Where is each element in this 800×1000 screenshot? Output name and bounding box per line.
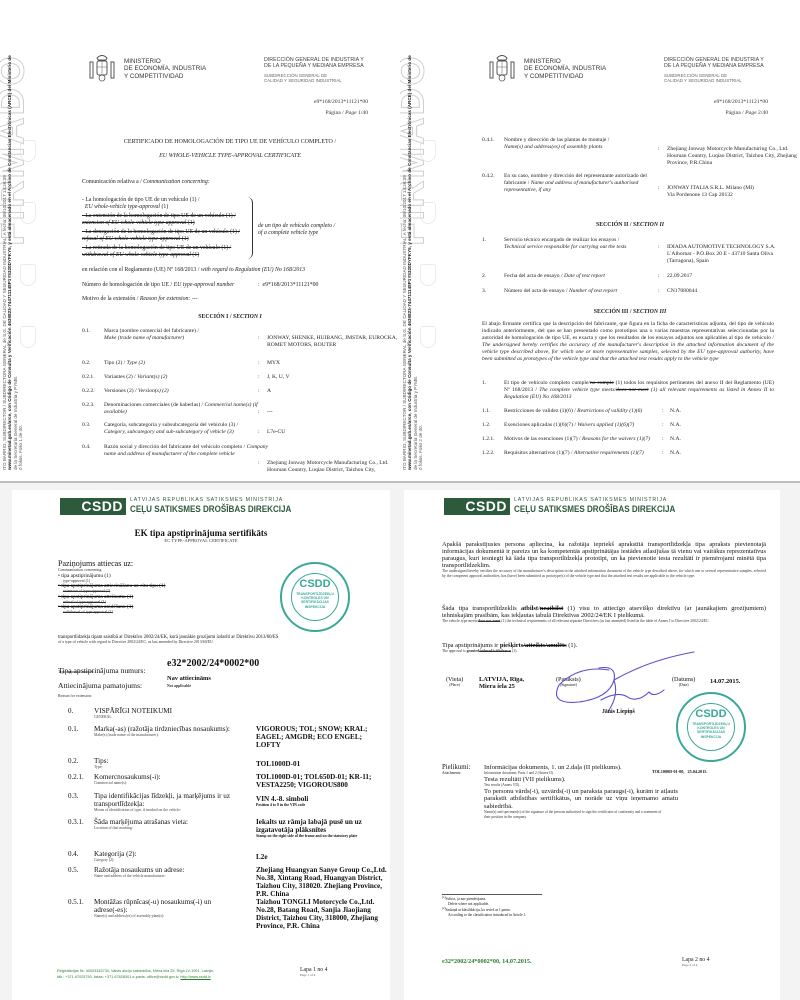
section-heading: SECCIÓN I / SECTION I [30,314,400,320]
field-row: 0.1. Marca (nombre comercial del fabrica… [82,328,392,348]
signatory-name: Jānis Liepiņš [602,709,635,715]
latvian-certificate-page-1: CSDD LATVIJAS REPUBLIKAS SATIKSMES MINIS… [12,490,390,1000]
field-row: 0.3. Categoría, subcategoría y subsubcat… [82,422,392,438]
brace-bracket [245,197,253,259]
field-row: 1.2.1. Motivos de las exenciones (1)(7) … [482,436,800,446]
ministry-name: MINISTERIO DE ECONOMÍA, INDUSTRIA Y COMP… [124,58,206,80]
field-row: 0.4.2. En su caso, nombre y dirección de… [482,173,800,203]
signature-verification-text: ITO BARRIO, SUBDIRECTOR / SUBDIRECTORA G… [402,0,424,470]
approval-number-label: Número de homologación de tipo UE / EU t… [82,282,234,289]
approval-number-block: Tipa apstiprinājuma numurs: e32*2002/24*… [58,660,378,689]
regulation-reference: en relación con el Reglamento (UE) Nº 16… [82,267,305,274]
place-value: LATVIJA, Rīga, Miera iela 25 [479,676,539,691]
website-link[interactable]: http://www.csdd.lv [180,975,210,979]
field-row: 1.1. Restricciones de validez (1)(6) / R… [482,408,800,418]
communication-item-struck: - La denegación de la homologación de ti… [82,229,247,243]
approval-number-value: e32*2002/24*0002*00 [167,658,259,669]
field-row: 0.2.2. Versiones (2) / Version(s) (2) : … [82,388,392,398]
field-row: 0.2.1. Variantes (2) / Variant(s) (2) : … [82,374,392,384]
spanish-coat-of-arms-icon [486,52,518,84]
compliance-statement: 1. El tipo de vehículo completo cumple/n… [482,380,774,401]
field-row: 0.2. Tipo (2) / Type (2) : MYX [82,360,392,370]
communication-item-struck: - La extensión de la homologación de tip… [82,213,247,227]
date-value: 14.07.2015. [710,678,740,685]
field-row: 2. Fecha del acta de ensayo / Date of te… [482,273,800,283]
field-row: 0.4. Razón social y dirección del fabric… [82,444,392,480]
page-number: Página / Page 2/40 [726,110,768,116]
certificate-footer-reference: e32*2002/24*0002*00, 14.07.2015. [442,958,532,965]
direccion-general: DIRECCIÓN GENERAL DE INDUSTRIA Y DE LA P… [664,57,794,84]
certification-paragraph: El abajo firmante certifica que la descr… [482,321,774,363]
signature-verification-text: ITO BARRIO, SUBDIRECTOR / SUBDIRECTORA G… [2,0,24,470]
communication-item: - La homologación de tipo UE de un vehíc… [82,197,247,211]
field-row: 1.2.2. Requisitos alternativos (1)(7) / … [482,450,800,460]
official-stamp: CSDD TRANSPORTLĪDZEKĻU KONTROLES UN SERT… [676,692,746,762]
attachment-reference: TOL1000D-01-00, 25.04.2015. [652,769,707,774]
certificate-reference: e9*168/2013*11121*00 [714,99,768,105]
section-heading: SECCIÓN II / SECTION II [430,222,800,228]
certificate-subtitle: EU WHOLE-VEHICLE TYPE-APPROVAL CERTIFICA… [60,153,400,159]
field-row: 0.2.3. Denominaciones comerciales (de ha… [82,402,392,418]
section-heading: SECCIÓN III / SECTION III [430,309,800,315]
csdd-logo-mark: CSDD [444,498,510,515]
spanish-certificate-page-1: FIRMADO ITO BARRIO, SUBDIRECTOR / SUBDIR… [0,0,400,482]
footnotes: (1)Svītrot, ja nav piemērojams. Delete w… [442,895,642,917]
place-label: (Vieta) (Place) [446,676,463,687]
page-gap [390,490,404,1000]
spanish-certificate-page-2: FIRMADO ITO BARRIO, SUBDIRECTOR / SUBDIR… [400,0,800,482]
page-number: Página / Page 1/40 [326,110,368,116]
field-row: 1.2. Exenciones aplicadas (1)(6)(7) / Wa… [482,422,800,432]
communication-label: Comunicación relativa a / Communication … [82,179,210,186]
field-row: 0.4.1. Nombre y dirección de las plantas… [482,137,800,165]
certificate-reference: e9*168/2013*11121*00 [314,99,368,105]
csdd-logo-mark: CSDD [60,498,126,515]
extension-reason: Motivo de la extensión / Reason for exte… [82,296,198,303]
field-row: 3. Número del acta de ensayo / Number of… [482,288,800,298]
official-stamp: CSDD TRANSPORTLĪDZEKĻU KONTROLES UN SERT… [280,562,350,632]
compliance-statement: Šāda tipa transportlīdzeklis atbilst/nea… [442,605,766,624]
approval-number-value: : e9*168/2013*11121*00 [258,282,318,289]
direccion-general: DIRECCIÓN GENERAL DE INDUSTRIA Y DE LA P… [264,57,394,84]
date-label: (Datums) (Date) [672,676,695,687]
certification-paragraph: Apakšā parakstījusies persona apliecina,… [442,541,766,578]
field-row: 1. Servicio técnico encargado de realiza… [482,237,800,267]
electronic-signature-strip: FIRMADO ITO BARRIO, SUBDIRECTOR / SUBDIR… [0,0,40,482]
certificate-title: CERTIFICADO DE HOMOLOGACIÓN DE TIPO UE D… [60,139,400,145]
attachments-label: Pielikumi: Attachments: [442,764,470,775]
page-number: Lapa 1 no 4 Page 1 of 4 [300,967,328,977]
ministry-name: MINISTERIO DE ECONOMÍA, INDUSTRIA Y COMP… [524,58,606,80]
directive-reference: transportlīdzekļa tipam saistībā ar Dire… [58,635,378,645]
electronic-signature-strip: FIRMADO ITO BARRIO, SUBDIRECTOR / SUBDIR… [400,0,440,482]
page-number: Lapa 2 no 4 Page 2 of 4 [682,957,710,967]
spanish-coat-of-arms-icon [86,52,118,84]
communication-item-struck: - La retirada de la homologación de tipo… [82,245,247,259]
vehicle-type-scope: de un tipo de vehículo completo /of a co… [258,223,335,237]
organization-footer: Reģistrācijas Nr. 40003345734, Valsts ak… [57,968,287,980]
latvian-certificate-page-2: CSDD LATVIJAS REPUBLIKAS SATIKSMES MINIS… [404,490,780,1000]
certificate-title: EK tipa apstiprinājuma sertifikāts EC TY… [12,528,390,543]
communication-section: Paziņojums attiecas uz: Communication co… [58,560,258,615]
